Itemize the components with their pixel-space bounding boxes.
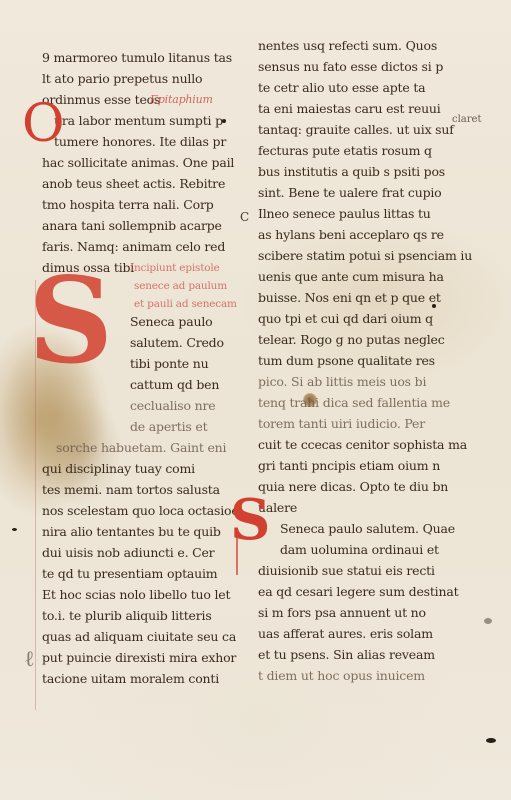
text-line: Ilneo senece paulus littas tu <box>258 206 431 222</box>
text-line: qui disciplinay tuay comi <box>42 461 195 477</box>
text-line: ceclualiso nre <box>130 398 215 414</box>
text-line: quo tpi et cui qd dari oium q <box>258 311 433 327</box>
text-line: tenq trahi dica sed fallentia me <box>258 395 450 411</box>
margin-mark: C <box>240 210 249 224</box>
text-line: tibi ponte nu <box>130 356 208 372</box>
text-line: uenis que ante cum misura ha <box>258 269 444 285</box>
text-line: hac sollicitate animas. One pail <box>42 155 234 171</box>
decorated-initial-s: S <box>28 262 113 380</box>
text-line: tacione uitam moralem conti <box>42 671 219 687</box>
text-line: t diem ut hoc opus inuicem <box>258 668 425 684</box>
text-line: Et hoc scias nolo libello tuo let <box>42 587 230 603</box>
text-line: nentes usq refecti sum. Quos <box>258 38 437 54</box>
text-line: tumere honores. Ite dilas pr <box>54 134 226 150</box>
text-line: et tu psens. Sin alias reveam <box>258 647 435 663</box>
text-line: tmo hospita terra nali. Corp <box>42 197 214 213</box>
text-line: cuit te ccecas cenitor sophista ma <box>258 437 467 453</box>
paragraph-mark: ℓ <box>24 646 35 672</box>
text-line: uas afferat aures. eris solam <box>258 626 433 642</box>
text-line: quas ad aliquam ciuitate seu ca <box>42 629 236 645</box>
text-line: as hylans beni acceplaro qs re <box>258 227 444 243</box>
text-line: sorche habuetam. Gaint eni <box>56 440 226 456</box>
text-line: telear. Rogo g no putas neglec <box>258 332 445 348</box>
ink-spot <box>12 528 17 531</box>
text-line: de apertis et <box>130 419 207 435</box>
text-line: tum dum psone qualitate res <box>258 353 435 369</box>
ink-spot <box>484 618 492 624</box>
text-line: scibere statim potui si psenciam iu <box>258 248 472 264</box>
text-line: nira alio tentantes bu te quib <box>42 524 221 540</box>
text-line: buisse. Nos eni qn et p que et <box>258 290 441 306</box>
manuscript-folio: 9 marmoreo tumulo litanus tas lt ato par… <box>0 0 511 800</box>
text-line: sint. Bene te ualere frat cupio <box>258 185 442 201</box>
rubric-incipit: senece ad paulum <box>134 278 227 294</box>
text-line: ea qd cesari legere sum destinat <box>258 584 458 600</box>
text-line: torem tanti uiri iudicio. Per <box>258 416 425 432</box>
text-line: anara tani sollempnib acarpe <box>42 218 222 234</box>
text-line: to.i. te plurib aliquib litteris <box>42 608 212 624</box>
margin-note: claret <box>452 114 481 125</box>
text-line: te qd tu presentiam optauim <box>42 566 217 582</box>
text-line: 9 marmoreo tumulo litanus tas <box>42 50 232 66</box>
text-line: dam uolumina ordinaui et <box>280 542 439 558</box>
text-line: put puincie direxisti mira exhor <box>42 650 236 666</box>
text-line: fecturas pute etatis rosum q <box>258 143 432 159</box>
text-line: tantaq: grauite calles. ut uix suf <box>258 122 454 138</box>
text-line: bus institutis a quib s psiti pos <box>258 164 445 180</box>
decorated-initial-o: O <box>22 98 65 150</box>
text-line: anob teus sheet actis. Rebitre <box>42 176 225 192</box>
text-line: si m fors psa annuent ut no <box>258 605 426 621</box>
text-line: sensus nu fato esse dictos si p <box>258 59 443 75</box>
text-line: Seneca paulo salutem. Quae <box>280 521 455 537</box>
rubric-heading: Epitaphium <box>150 92 213 108</box>
text-line: salutem. Credo <box>130 335 224 351</box>
rubric-incipit: Incipiunt epistole <box>130 260 220 276</box>
text-line: Seneca paulo <box>130 314 212 330</box>
text-line: diuisionib sue statui eis recti <box>258 563 435 579</box>
text-line: ta eni maiestas caru est reuui <box>258 101 441 117</box>
text-line: dui uisis nob adiuncti e. Cer <box>42 545 214 561</box>
rubric-incipit: et pauli ad senecam <box>134 296 237 312</box>
ink-spot <box>486 738 496 743</box>
text-line: tes memi. nam tortos salusta <box>42 482 220 498</box>
text-line: te cetr alio uto esse apte ta <box>258 80 425 96</box>
text-line: gri tanti pncipis etiam oium n <box>258 458 440 474</box>
text-line: nos scelestam quo loca octasioe <box>42 503 239 519</box>
initial-descender <box>236 535 238 575</box>
text-line: ura labor mentum sumpti p <box>54 113 223 129</box>
text-line: pico. Si ab littis meis uos bi <box>258 374 426 390</box>
text-line: lt ato pario prepetus nullo <box>42 71 202 87</box>
text-line: cattum qd ben <box>130 377 219 393</box>
text-line: quia nere dicas. Opto te diu bn <box>258 479 448 495</box>
